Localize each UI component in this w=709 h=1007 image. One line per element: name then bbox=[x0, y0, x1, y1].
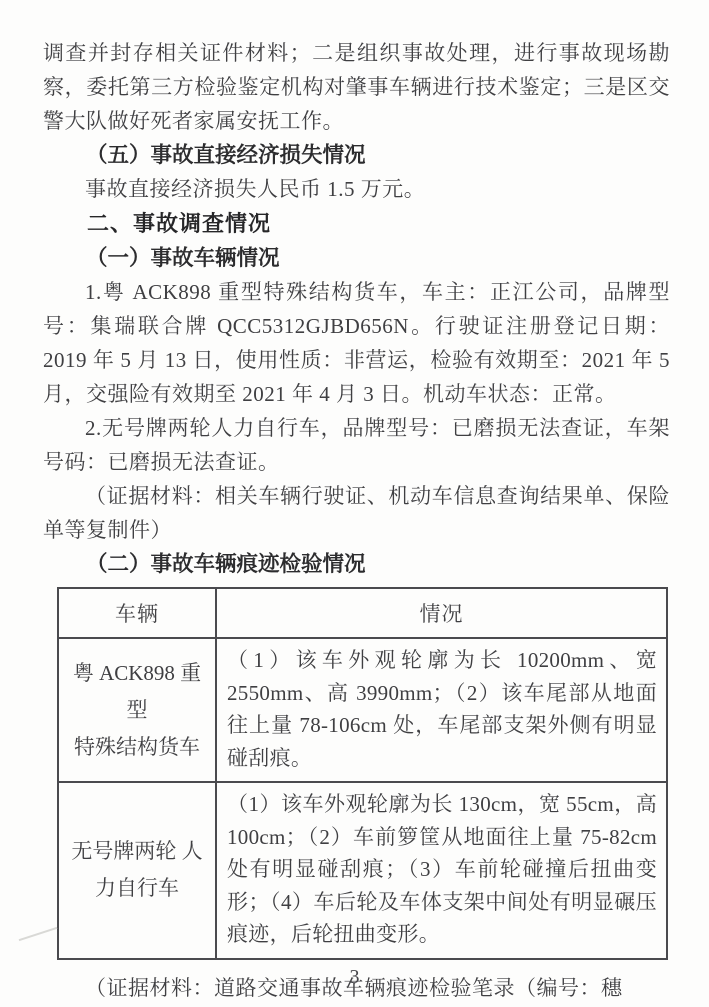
table-header-details: 情况 bbox=[216, 588, 667, 638]
continuation-paragraph: 调查并封存相关证件材料；二是组织事故处理，进行事故现场勘察，委托第三方检验鉴定机… bbox=[43, 36, 670, 138]
section-two-heading: （二）事故车辆痕迹检验情况 bbox=[43, 547, 670, 581]
vehicle-trace-table: 车辆 情况 粤 ACK898 重型特殊结构货车 （1）该车外观轮廓为长 1020… bbox=[57, 587, 668, 960]
section-five-heading: （五）事故直接经济损失情况 bbox=[43, 138, 670, 172]
table-cell-details-1: （1）该车外观轮廓为长 10200mm、宽 2550mm、高 3990mm；（2… bbox=[216, 638, 667, 782]
table-row: 粤 ACK898 重型特殊结构货车 （1）该车外观轮廓为长 10200mm、宽 … bbox=[58, 638, 667, 782]
section-five-body: 事故直接经济损失人民币 1.5 万元。 bbox=[43, 172, 670, 206]
table-row: 无号牌两轮 人力自行车 （1）该车外观轮廓为长 130cm，宽 55cm，高 1… bbox=[58, 782, 667, 959]
table-header-row: 车辆 情况 bbox=[58, 588, 667, 638]
table-cell-vehicle-2: 无号牌两轮 人力自行车 bbox=[58, 782, 216, 959]
vehicle1-paragraph: 1.粤 ACK898 重型特殊结构货车，车主：正江公司，品牌型号：集瑞联合牌 Q… bbox=[43, 275, 670, 411]
evidence-note-1: （证据材料：相关车辆行驶证、机动车信息查询结果单、保险单等复制件） bbox=[43, 479, 670, 547]
part-two-heading: 二、事故调查情况 bbox=[43, 206, 670, 241]
vehicle2-paragraph: 2.无号牌两轮人力自行车，品牌型号：已磨损无法查证，车架号码：已磨损无法查证。 bbox=[43, 411, 670, 479]
section-one-heading: （一）事故车辆情况 bbox=[43, 241, 670, 275]
table-cell-details-2: （1）该车外观轮廓为长 130cm，宽 55cm，高 100cm；（2）车前箩筐… bbox=[216, 782, 667, 959]
table-cell-vehicle-1: 粤 ACK898 重型特殊结构货车 bbox=[58, 638, 216, 782]
page-content: 调查并封存相关证件材料；二是组织事故处理，进行事故现场勘察，委托第三方检验鉴定机… bbox=[43, 36, 670, 1005]
document-page: 调查并封存相关证件材料；二是组织事故处理，进行事故现场勘察，委托第三方检验鉴定机… bbox=[0, 0, 709, 1007]
table-header-vehicle: 车辆 bbox=[58, 588, 216, 638]
page-number: 3 bbox=[0, 966, 709, 989]
